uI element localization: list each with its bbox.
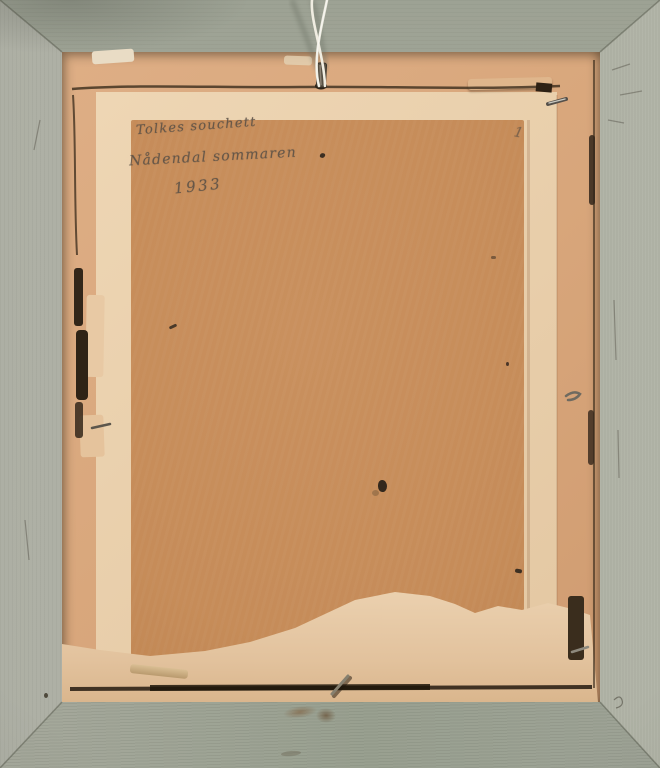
vignette: [0, 0, 660, 768]
photo-artwork-back: Tolkes souchett Nådendal sommaren 1933 1: [0, 0, 660, 768]
